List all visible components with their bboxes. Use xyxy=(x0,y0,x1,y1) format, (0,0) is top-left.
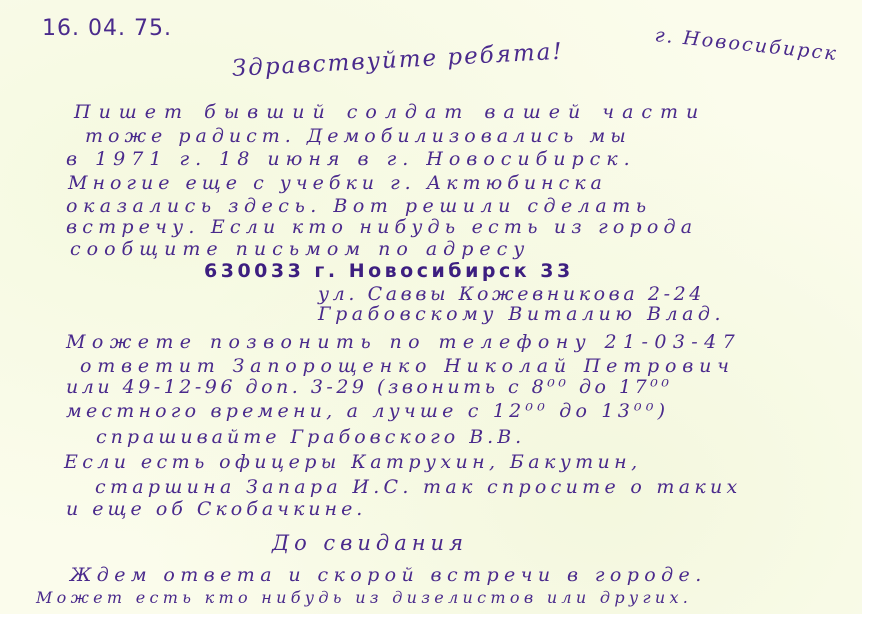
letter-body-line: Можете позвонить по телефону 21-03-47 xyxy=(66,333,741,352)
address-recipient: Грабовскому Виталию Влад. xyxy=(318,305,725,324)
letter-body-line: Если есть офицеры Катрухин, Бакутин, xyxy=(64,453,642,472)
letter-body-line: местного времени, а лучше с 12⁰⁰ до 13⁰⁰… xyxy=(66,402,669,421)
letter-body-line: и еще об Скобачкине. xyxy=(66,500,366,519)
letter-postscript-line: Ждем ответа и скорой встречи в городе. xyxy=(70,566,707,585)
letter-greeting: Здравствуйте ребята! xyxy=(231,41,564,81)
letter-closing: До свидания xyxy=(272,533,468,554)
letter-postscript-line: Может есть кто нибудь из дизелистов или … xyxy=(36,590,692,606)
letter-body-line: старшина Запара И.С. так спросите о таки… xyxy=(95,478,742,497)
address-postcode-city: 630033 г. Новосибирск 33 xyxy=(204,262,574,281)
letter-body-line: Многие еще с учебки г. Актюбинска xyxy=(68,174,607,193)
letter-body-line: или 49-12-96 доп. 3-29 (звонить с 8⁰⁰ до… xyxy=(66,378,672,397)
letter-body-line: сообщите письмом по адресу xyxy=(70,240,530,259)
letter-body-line: Пишет бывший солдат вашей части xyxy=(74,103,706,122)
letter-date: 16. 04. 75. xyxy=(42,18,172,40)
letter-body-line: ответит Запорощенко Николай Петрович xyxy=(80,357,735,376)
letter-body-line: оказались здесь. Вот решили сделать xyxy=(66,197,652,216)
scanned-letter-page: 16. 04. 75. г. Новосибирск Здравствуйте … xyxy=(0,0,888,641)
address-street: ул. Саввы Кожевникова 2-24 xyxy=(318,285,705,304)
letter-paper: 16. 04. 75. г. Новосибирск Здравствуйте … xyxy=(0,0,862,614)
letter-body-line: встречу. Если кто нибудь есть из города xyxy=(66,218,697,237)
letter-place: г. Новосибирск xyxy=(654,26,839,64)
letter-body-line: спрашивайте Грабовского В.В. xyxy=(96,428,525,447)
letter-body-line: тоже радист. Демобилизовались мы xyxy=(85,127,631,146)
letter-body-line: в 1971 г. 18 июня в г. Новосибирск. xyxy=(66,150,636,169)
